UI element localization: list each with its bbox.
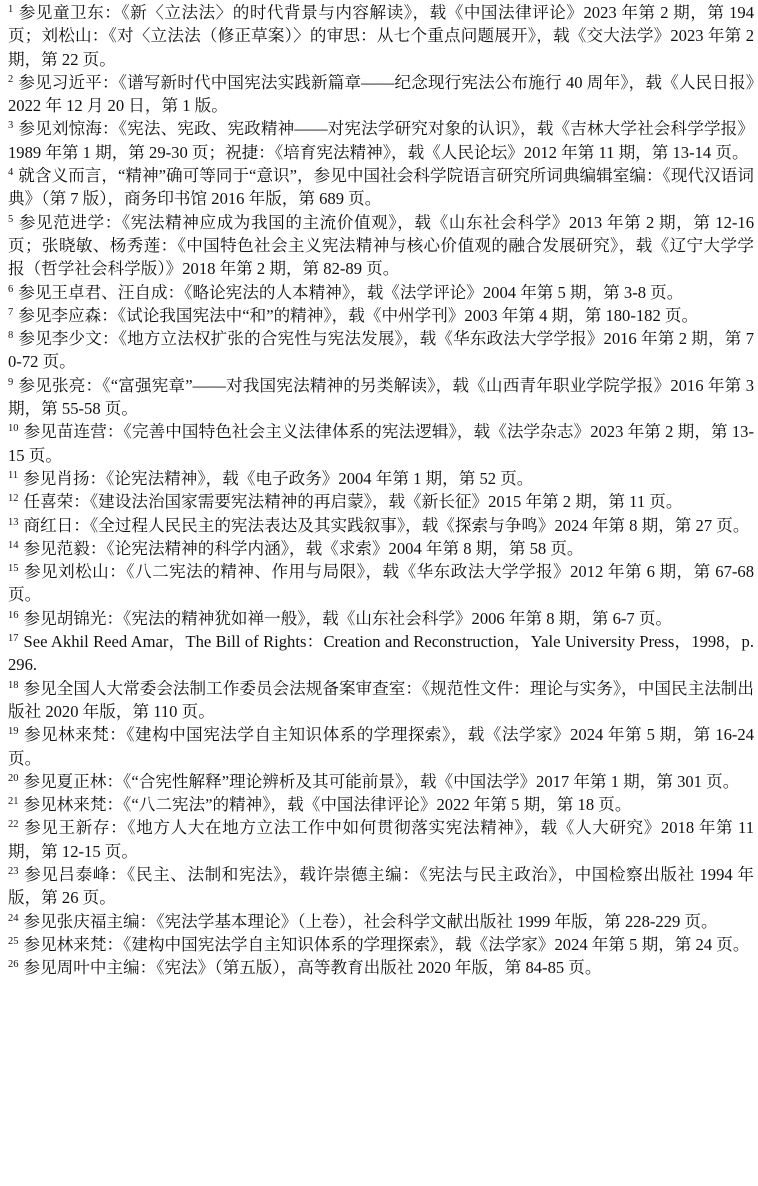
- footnote-number: 8: [8, 330, 13, 341]
- footnote-text: 参见全国人大常委会法制工作委员会法规备案审查室：《规范性文件：理论与实务》，中国…: [8, 679, 754, 721]
- footnote-12: 12任喜荣：《建设法治国家需要宪法精神的再启蒙》，载《新长征》2015 年第 2…: [8, 490, 754, 513]
- footnote-18: 18参见全国人大常委会法制工作委员会法规备案审查室：《规范性文件：理论与实务》，…: [8, 677, 754, 724]
- footnote-number: 5: [8, 214, 13, 225]
- footnote-number: 20: [8, 773, 19, 784]
- footnote-number: 24: [8, 913, 19, 924]
- footnote-text: 参见张庆福主编：《宪法学基本理论》（上卷），社会科学文献出版社 1999 年版，…: [24, 912, 718, 931]
- footnote-text: 参见范毅：《论宪法精神的科学内涵》，载《求索》2004 年第 8 期，第 58 …: [24, 539, 584, 558]
- footnote-text: 参见李应森：《试论我国宪法中“和”的精神》，载《中州学刊》2003 年第 4 期…: [18, 306, 698, 325]
- footnote-6: 6参见王卓君、汪自成：《略论宪法的人本精神》，载《法学评论》2004 年第 5 …: [8, 281, 754, 304]
- footnote-21: 21参见林来梵：《“八二宪法”的精神》，载《中国法律评论》2022 年第 5 期…: [8, 793, 754, 816]
- footnote-text: 参见林来梵：《“八二宪法”的精神》，载《中国法律评论》2022 年第 5 期，第…: [24, 795, 632, 814]
- footnote-number: 1: [8, 4, 13, 15]
- footnote-number: 7: [8, 307, 13, 318]
- footnote-text: 参见童卫东：《新〈立法法〉的时代背景与内容解读》，载《中国法律评论》2023 年…: [8, 3, 754, 69]
- footnote-text: 参见张亮：《“富强宪章”——对我国宪法精神的另类解读》，载《山西青年职业学院学报…: [8, 376, 754, 418]
- footnote-23: 23参见吕泰峰：《民主、法制和宪法》，载许崇德主编：《宪法与民主政治》，中国检察…: [8, 863, 754, 910]
- footnote-24: 24参见张庆福主编：《宪法学基本理论》（上卷），社会科学文献出版社 1999 年…: [8, 910, 754, 933]
- footnote-text: 参见刘松山：《八二宪法的精神、作用与局限》，载《华东政法大学学报》2012 年第…: [8, 562, 754, 604]
- footnote-text: 参见范进学：《宪法精神应成为我国的主流价值观》，载《山东社会科学》2013 年第…: [8, 213, 754, 279]
- footnote-number: 13: [8, 517, 19, 528]
- footnote-text: 参见胡锦光：《宪法的精神犹如禅一般》，载《山东社会科学》2006 年第 8 期，…: [24, 609, 673, 628]
- footnote-text: 参见王新存：《地方人大在地方立法工作中如何贯彻落实宪法精神》，载《人大研究》20…: [8, 818, 754, 860]
- footnote-number: 3: [8, 120, 13, 131]
- footnote-2: 2参见习近平：《谱写新时代中国宪法实践新篇章——纪念现行宪法公布施行 40 周年…: [8, 71, 754, 118]
- footnote-26: 26参见周叶中主编：《宪法》（第五版），高等教育出版社 2020 年版，第 84…: [8, 956, 754, 979]
- footnote-17: 17See Akhil Reed Amar，The Bill of Rights…: [8, 630, 754, 677]
- footnote-11: 11参见肖扬：《论宪法精神》，载《电子政务》2004 年第 1 期，第 52 页…: [8, 467, 754, 490]
- footnote-text: 参见习近平：《谱写新时代中国宪法实践新篇章——纪念现行宪法公布施行 40 周年》…: [8, 73, 754, 115]
- footnote-5: 5参见范进学：《宪法精神应成为我国的主流价值观》，载《山东社会科学》2013 年…: [8, 211, 754, 281]
- footnote-text: 参见林来梵：《建构中国宪法学自主知识体系的学理探索》，载《法学家》2024 年第…: [8, 725, 754, 767]
- footnote-number: 22: [8, 819, 19, 830]
- footnote-text: 参见王卓君、汪自成：《略论宪法的人本精神》，载《法学评论》2004 年第 5 期…: [18, 283, 683, 302]
- footnote-text: 参见周叶中主编：《宪法》（第五版），高等教育出版社 2020 年版，第 84-8…: [24, 958, 602, 977]
- footnote-16: 16参见胡锦光：《宪法的精神犹如禅一般》，载《山东社会科学》2006 年第 8 …: [8, 607, 754, 630]
- footnote-number: 16: [8, 610, 19, 621]
- footnote-number: 9: [8, 377, 13, 388]
- footnotes-list: 1参见童卫东：《新〈立法法〉的时代背景与内容解读》，载《中国法律评论》2023 …: [0, 0, 758, 979]
- footnote-number: 19: [8, 726, 19, 737]
- footnote-22: 22参见王新存：《地方人大在地方立法工作中如何贯彻落实宪法精神》，载《人大研究》…: [8, 816, 754, 863]
- footnote-text: See Akhil Reed Amar，The Bill of Rights：C…: [8, 632, 754, 674]
- footnote-text: 参见吕泰峰：《民主、法制和宪法》，载许崇德主编：《宪法与民主政治》，中国检察出版…: [8, 865, 754, 907]
- footnote-text: 参见夏正林：《“合宪性解释”理论辨析及其可能前景》，载《中国法学》2017 年第…: [24, 772, 740, 791]
- footnote-text: 参见李少文：《地方立法权扩张的合宪性与宪法发展》，载《华东政法大学学报》2016…: [8, 329, 754, 371]
- footnote-text: 参见林来梵：《建构中国宪法学自主知识体系的学理探索》，载《法学家》2024 年第…: [24, 935, 750, 954]
- footnote-15: 15参见刘松山：《八二宪法的精神、作用与局限》，载《华东政法大学学报》2012 …: [8, 560, 754, 607]
- footnote-14: 14参见范毅：《论宪法精神的科学内涵》，载《求索》2004 年第 8 期，第 5…: [8, 537, 754, 560]
- footnote-19: 19参见林来梵：《建构中国宪法学自主知识体系的学理探索》，载《法学家》2024 …: [8, 723, 754, 770]
- footnote-number: 15: [8, 563, 19, 574]
- footnote-13: 13商红日：《全过程人民民主的宪法表达及其实践叙事》，载《探索与争鸣》2024 …: [8, 514, 754, 537]
- footnote-7: 7参见李应森：《试论我国宪法中“和”的精神》，载《中州学刊》2003 年第 4 …: [8, 304, 754, 327]
- footnote-1: 1参见童卫东：《新〈立法法〉的时代背景与内容解读》，载《中国法律评论》2023 …: [8, 1, 754, 71]
- footnote-text: 参见肖扬：《论宪法精神》，载《电子政务》2004 年第 1 期，第 52 页。: [23, 469, 533, 488]
- footnote-text: 就含义而言，“精神”确可等同于“意识”，参见中国社会科学院语言研究所词典编辑室编…: [8, 166, 754, 208]
- footnote-9: 9参见张亮：《“富强宪章”——对我国宪法精神的另类解读》，载《山西青年职业学院学…: [8, 374, 754, 421]
- footnote-number: 10: [8, 423, 19, 434]
- footnote-number: 17: [8, 633, 19, 644]
- footnote-number: 25: [8, 936, 19, 947]
- footnote-10: 10参见苗连营：《完善中国特色社会主义法律体系的宪法逻辑》，载《法学杂志》202…: [8, 420, 754, 467]
- footnote-number: 11: [8, 470, 18, 481]
- footnote-8: 8参见李少文：《地方立法权扩张的合宪性与宪法发展》，载《华东政法大学学报》201…: [8, 327, 754, 374]
- footnote-number: 21: [8, 796, 19, 807]
- footnote-text: 参见苗连营：《完善中国特色社会主义法律体系的宪法逻辑》，载《法学杂志》2023 …: [8, 422, 754, 464]
- footnote-25: 25参见林来梵：《建构中国宪法学自主知识体系的学理探索》，载《法学家》2024 …: [8, 933, 754, 956]
- footnote-number: 26: [8, 959, 19, 970]
- footnote-text: 任喜荣：《建设法治国家需要宪法精神的再启蒙》，载《新长征》2015 年第 2 期…: [24, 492, 683, 511]
- footnote-number: 6: [8, 284, 13, 295]
- footnote-text: 参见刘惊海：《宪法、宪政、宪政精神——对宪法学研究对象的认识》，载《吉林大学社会…: [8, 119, 754, 161]
- footnote-number: 2: [8, 74, 13, 85]
- footnote-number: 14: [8, 540, 19, 551]
- footnote-4: 4就含义而言，“精神”确可等同于“意识”，参见中国社会科学院语言研究所词典编辑室…: [8, 164, 754, 211]
- footnote-number: 23: [8, 866, 19, 877]
- footnote-number: 18: [8, 680, 19, 691]
- footnote-number: 4: [8, 167, 13, 178]
- footnote-3: 3参见刘惊海：《宪法、宪政、宪政精神——对宪法学研究对象的认识》，载《吉林大学社…: [8, 117, 754, 164]
- footnote-number: 12: [8, 493, 19, 504]
- footnote-text: 商红日：《全过程人民民主的宪法表达及其实践叙事》，载《探索与争鸣》2024 年第…: [24, 516, 750, 535]
- footnote-20: 20参见夏正林：《“合宪性解释”理论辨析及其可能前景》，载《中国法学》2017 …: [8, 770, 754, 793]
